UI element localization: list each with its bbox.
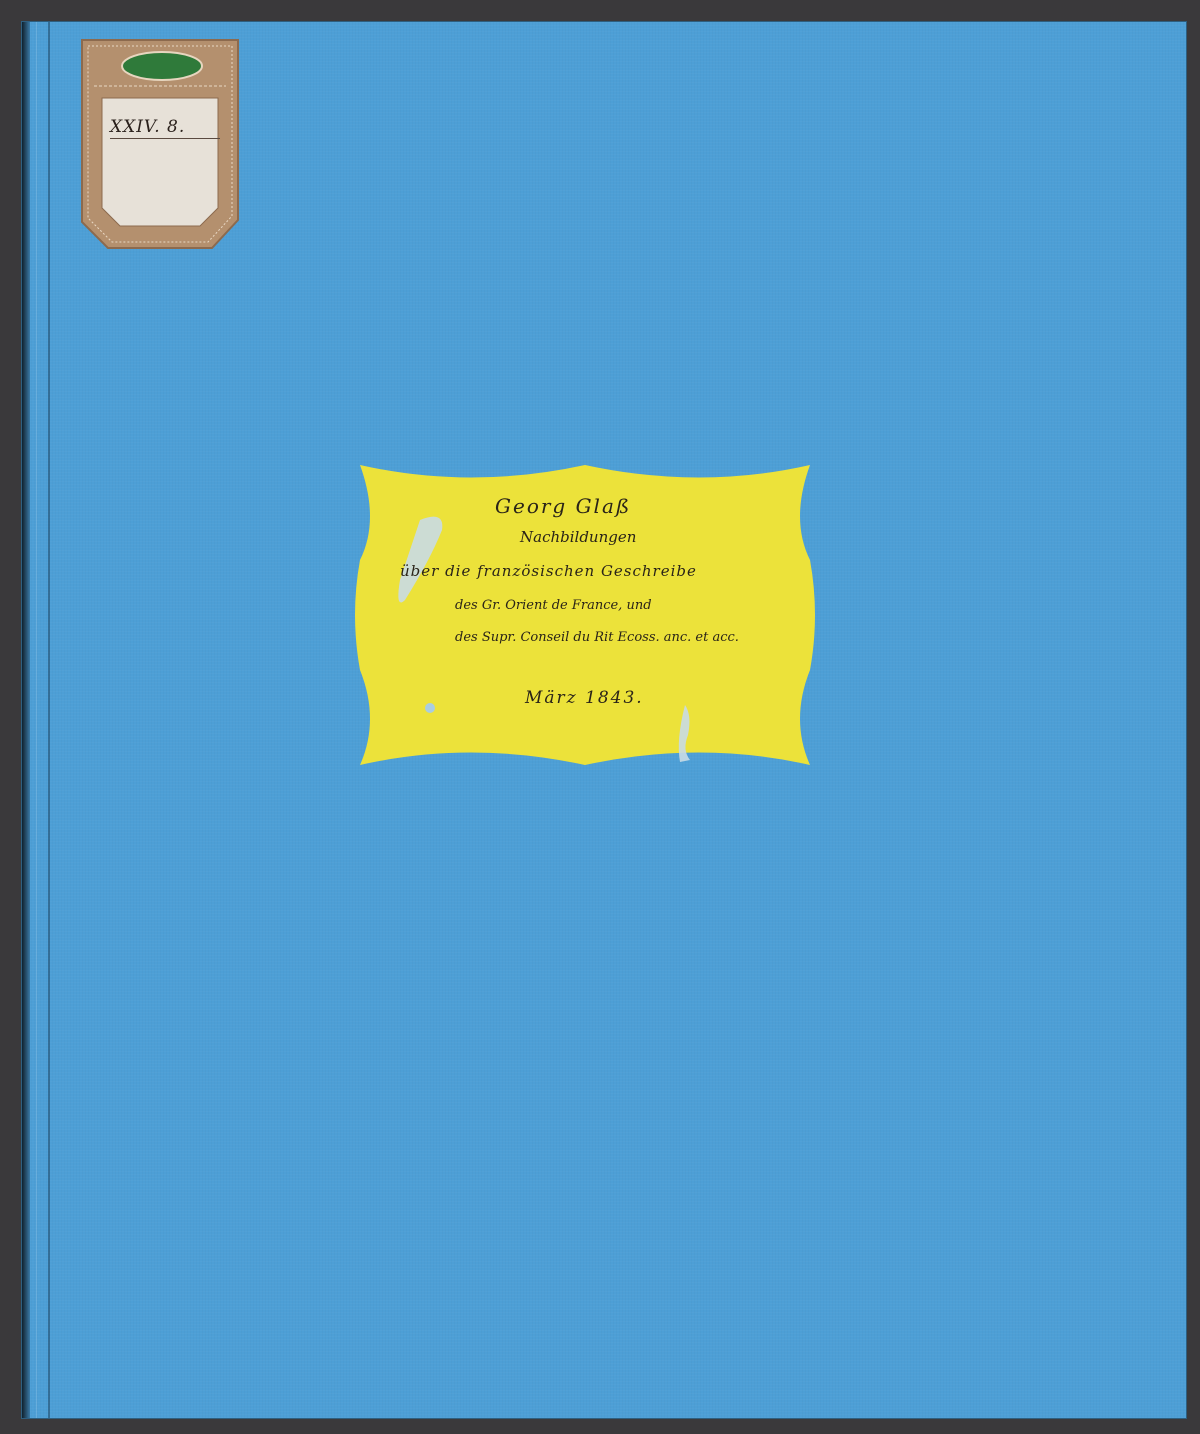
author-line: Georg Glaß — [495, 494, 631, 518]
title-label: Georg Glaß Nachbildungen über die franzö… — [350, 450, 820, 780]
spine-crease — [48, 22, 50, 1418]
ornamental-frame-icon — [80, 38, 240, 250]
book-cover: XXIV. 8. Georg Glaß Nachbildungen über d… — [22, 22, 1186, 1418]
spine-highlight — [36, 22, 37, 1418]
date-line: März 1843. — [525, 688, 644, 708]
title-line-1: Nachbildungen — [520, 528, 636, 546]
shelf-mark: XXIV. 8. — [110, 117, 220, 139]
library-shelf-label: XXIV. 8. — [80, 38, 240, 250]
title-line-3: des Gr. Orient de France, und — [455, 598, 652, 613]
title-line-2: über die französischen Geschreibe — [400, 562, 697, 580]
title-line-4: des Supr. Conseil du Rit Ecoss. anc. et … — [455, 630, 739, 645]
handwritten-title: Georg Glaß Nachbildungen über die franzö… — [350, 450, 820, 780]
spine-edge — [22, 22, 30, 1418]
